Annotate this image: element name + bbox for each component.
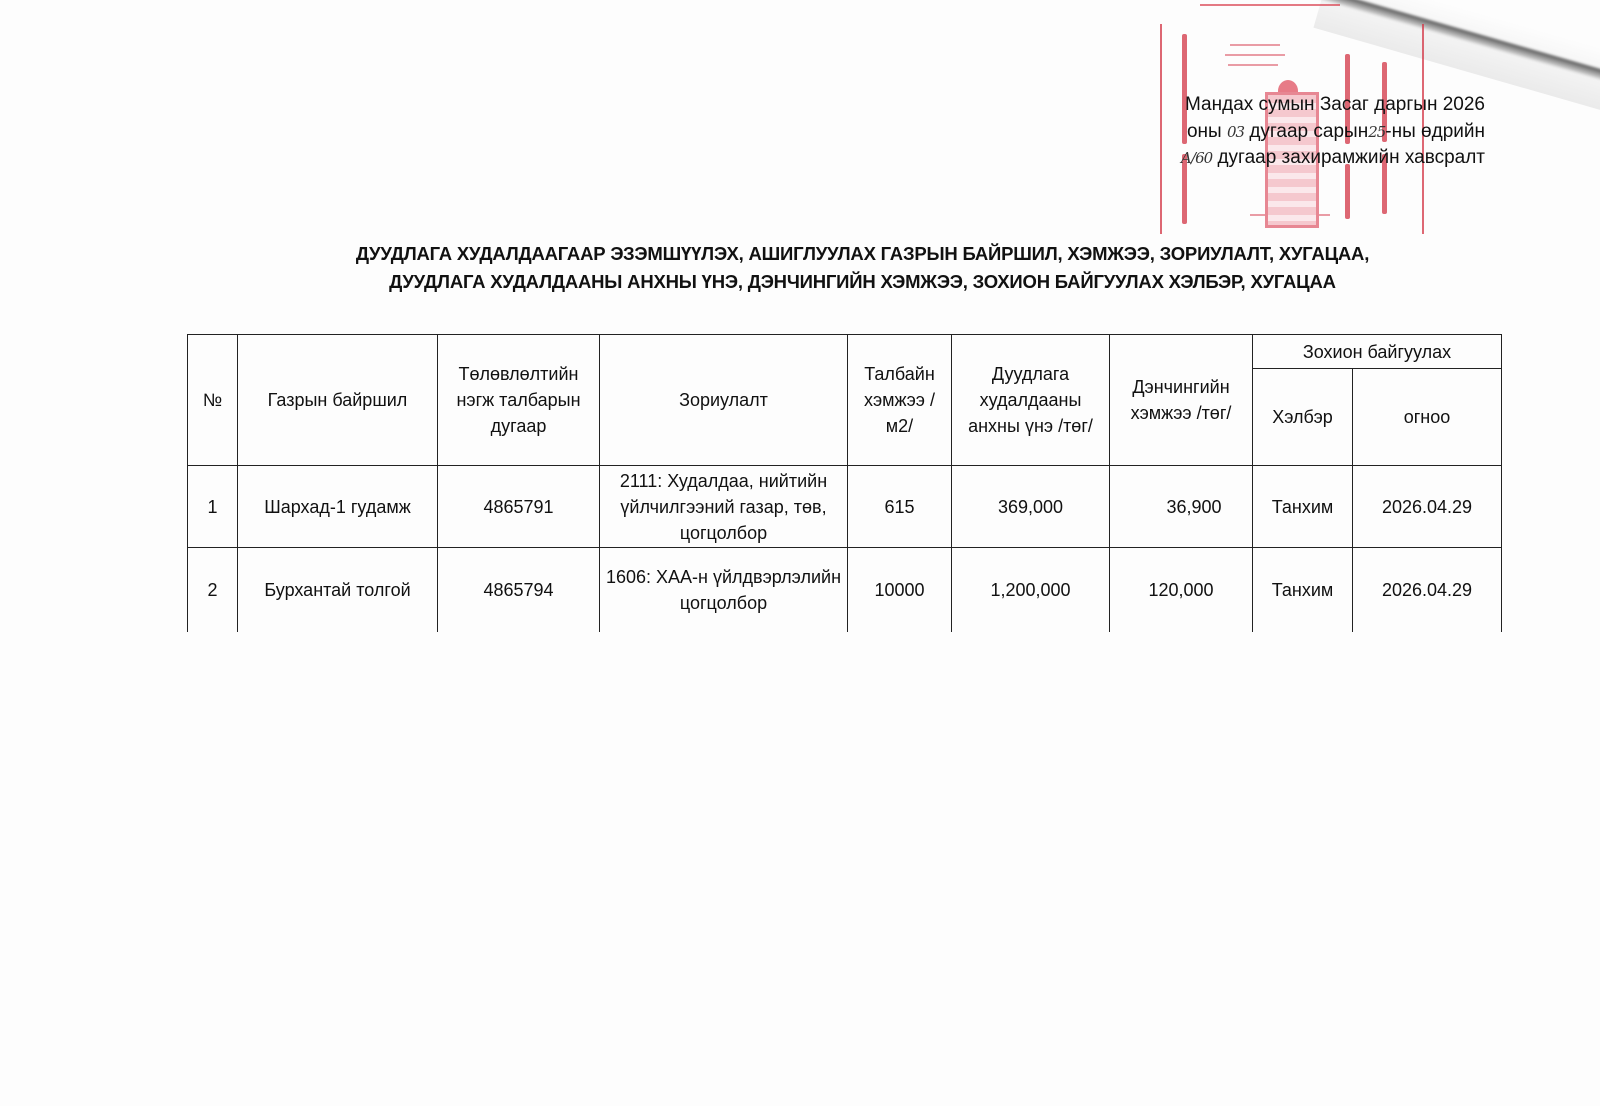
cell-no: 1	[188, 466, 238, 548]
document-title: ДУУДЛАГА ХУДАЛДААГААР ЭЗЭМШҮҮЛЭХ, АШИГЛУ…	[0, 240, 1600, 296]
cell-area: 10000	[848, 548, 952, 633]
handwritten-day: 25	[1368, 123, 1385, 141]
cell-area: 615	[848, 466, 952, 548]
header-start-price: Дуудлага худалдааны анхны үнэ /төг/	[952, 335, 1110, 466]
cell-date: 2026.04.29	[1353, 466, 1502, 548]
cell-purpose: 2111: Худалдаа, нийтийн үйлчилгээний газ…	[600, 466, 848, 548]
table-header-row: № Газрын байршил Төлөвлөлтийн нэгж талба…	[188, 335, 1502, 369]
mongolian-script-glyph	[1345, 164, 1350, 219]
note-line-1: Мандах сумын Засаг даргын 2026	[1181, 92, 1485, 119]
land-auction-table: № Газрын байршил Төлөвлөлтийн нэгж талба…	[187, 334, 1502, 632]
header-purpose: Зориулалт	[600, 335, 848, 466]
title-line-2: ДУУДЛАГА ХУДАЛДААНЫ АНХНЫ ҮНЭ, ДЭНЧИНГИЙ…	[0, 268, 1600, 296]
stamp-top-edge	[1200, 4, 1340, 6]
table-row: 1 Шархад-1 гудамж 4865791 2111: Худалдаа…	[188, 466, 1502, 548]
header-no: №	[188, 335, 238, 466]
stamp-text-line	[1230, 44, 1280, 46]
stamp-border-left	[1160, 24, 1162, 234]
decree-annex-note: Мандах сумын Засаг даргын 2026 оны 03 ду…	[1181, 92, 1485, 172]
cell-purpose: 1606: ХАА-н үйлдвэрлэлийн цогцолбор	[600, 548, 848, 633]
cell-unit-id: 4865791	[438, 466, 600, 548]
table-row: 2 Бурхантай толгой 4865794 1606: ХАА-н ү…	[188, 548, 1502, 633]
note-line-3: А/60 дугаар захирамжийн хавсралт	[1181, 145, 1485, 172]
header-date: огноо	[1353, 369, 1502, 466]
stamp-text-line	[1228, 64, 1278, 66]
handwritten-decree-number: А/60	[1181, 149, 1213, 167]
title-line-1: ДУУДЛАГА ХУДАЛДААГААР ЭЗЭМШҮҮЛЭХ, АШИГЛУ…	[0, 240, 1600, 268]
cell-form: Танхим	[1253, 466, 1353, 548]
header-form: Хэлбэр	[1253, 369, 1353, 466]
note-line-2: оны 03 дугаар сарын25-ны өдрийн	[1181, 119, 1485, 146]
cell-start-price: 369,000	[952, 466, 1110, 548]
cell-location: Бурхантай толгой	[238, 548, 438, 633]
cell-unit-id: 4865794	[438, 548, 600, 633]
cell-no: 2	[188, 548, 238, 633]
cell-start-price: 1,200,000	[952, 548, 1110, 633]
header-deposit: Дэнчингийн хэмжээ /төг/	[1110, 335, 1253, 466]
header-location: Газрын байршил	[238, 335, 438, 466]
header-organize-group: Зохион байгуулах	[1253, 335, 1502, 369]
cell-date: 2026.04.29	[1353, 548, 1502, 633]
stamp-text-line	[1225, 54, 1285, 56]
cell-deposit: 120,000	[1110, 548, 1253, 633]
header-area: Талбайн хэмжээ /м2/	[848, 335, 952, 466]
cell-deposit: 36,900	[1110, 466, 1253, 548]
cell-form: Танхим	[1253, 548, 1353, 633]
header-unit-id: Төлөвлөлтийн нэгж талбарын дугаар	[438, 335, 600, 466]
cell-location: Шархад-1 гудамж	[238, 466, 438, 548]
handwritten-month: 03	[1227, 123, 1244, 141]
